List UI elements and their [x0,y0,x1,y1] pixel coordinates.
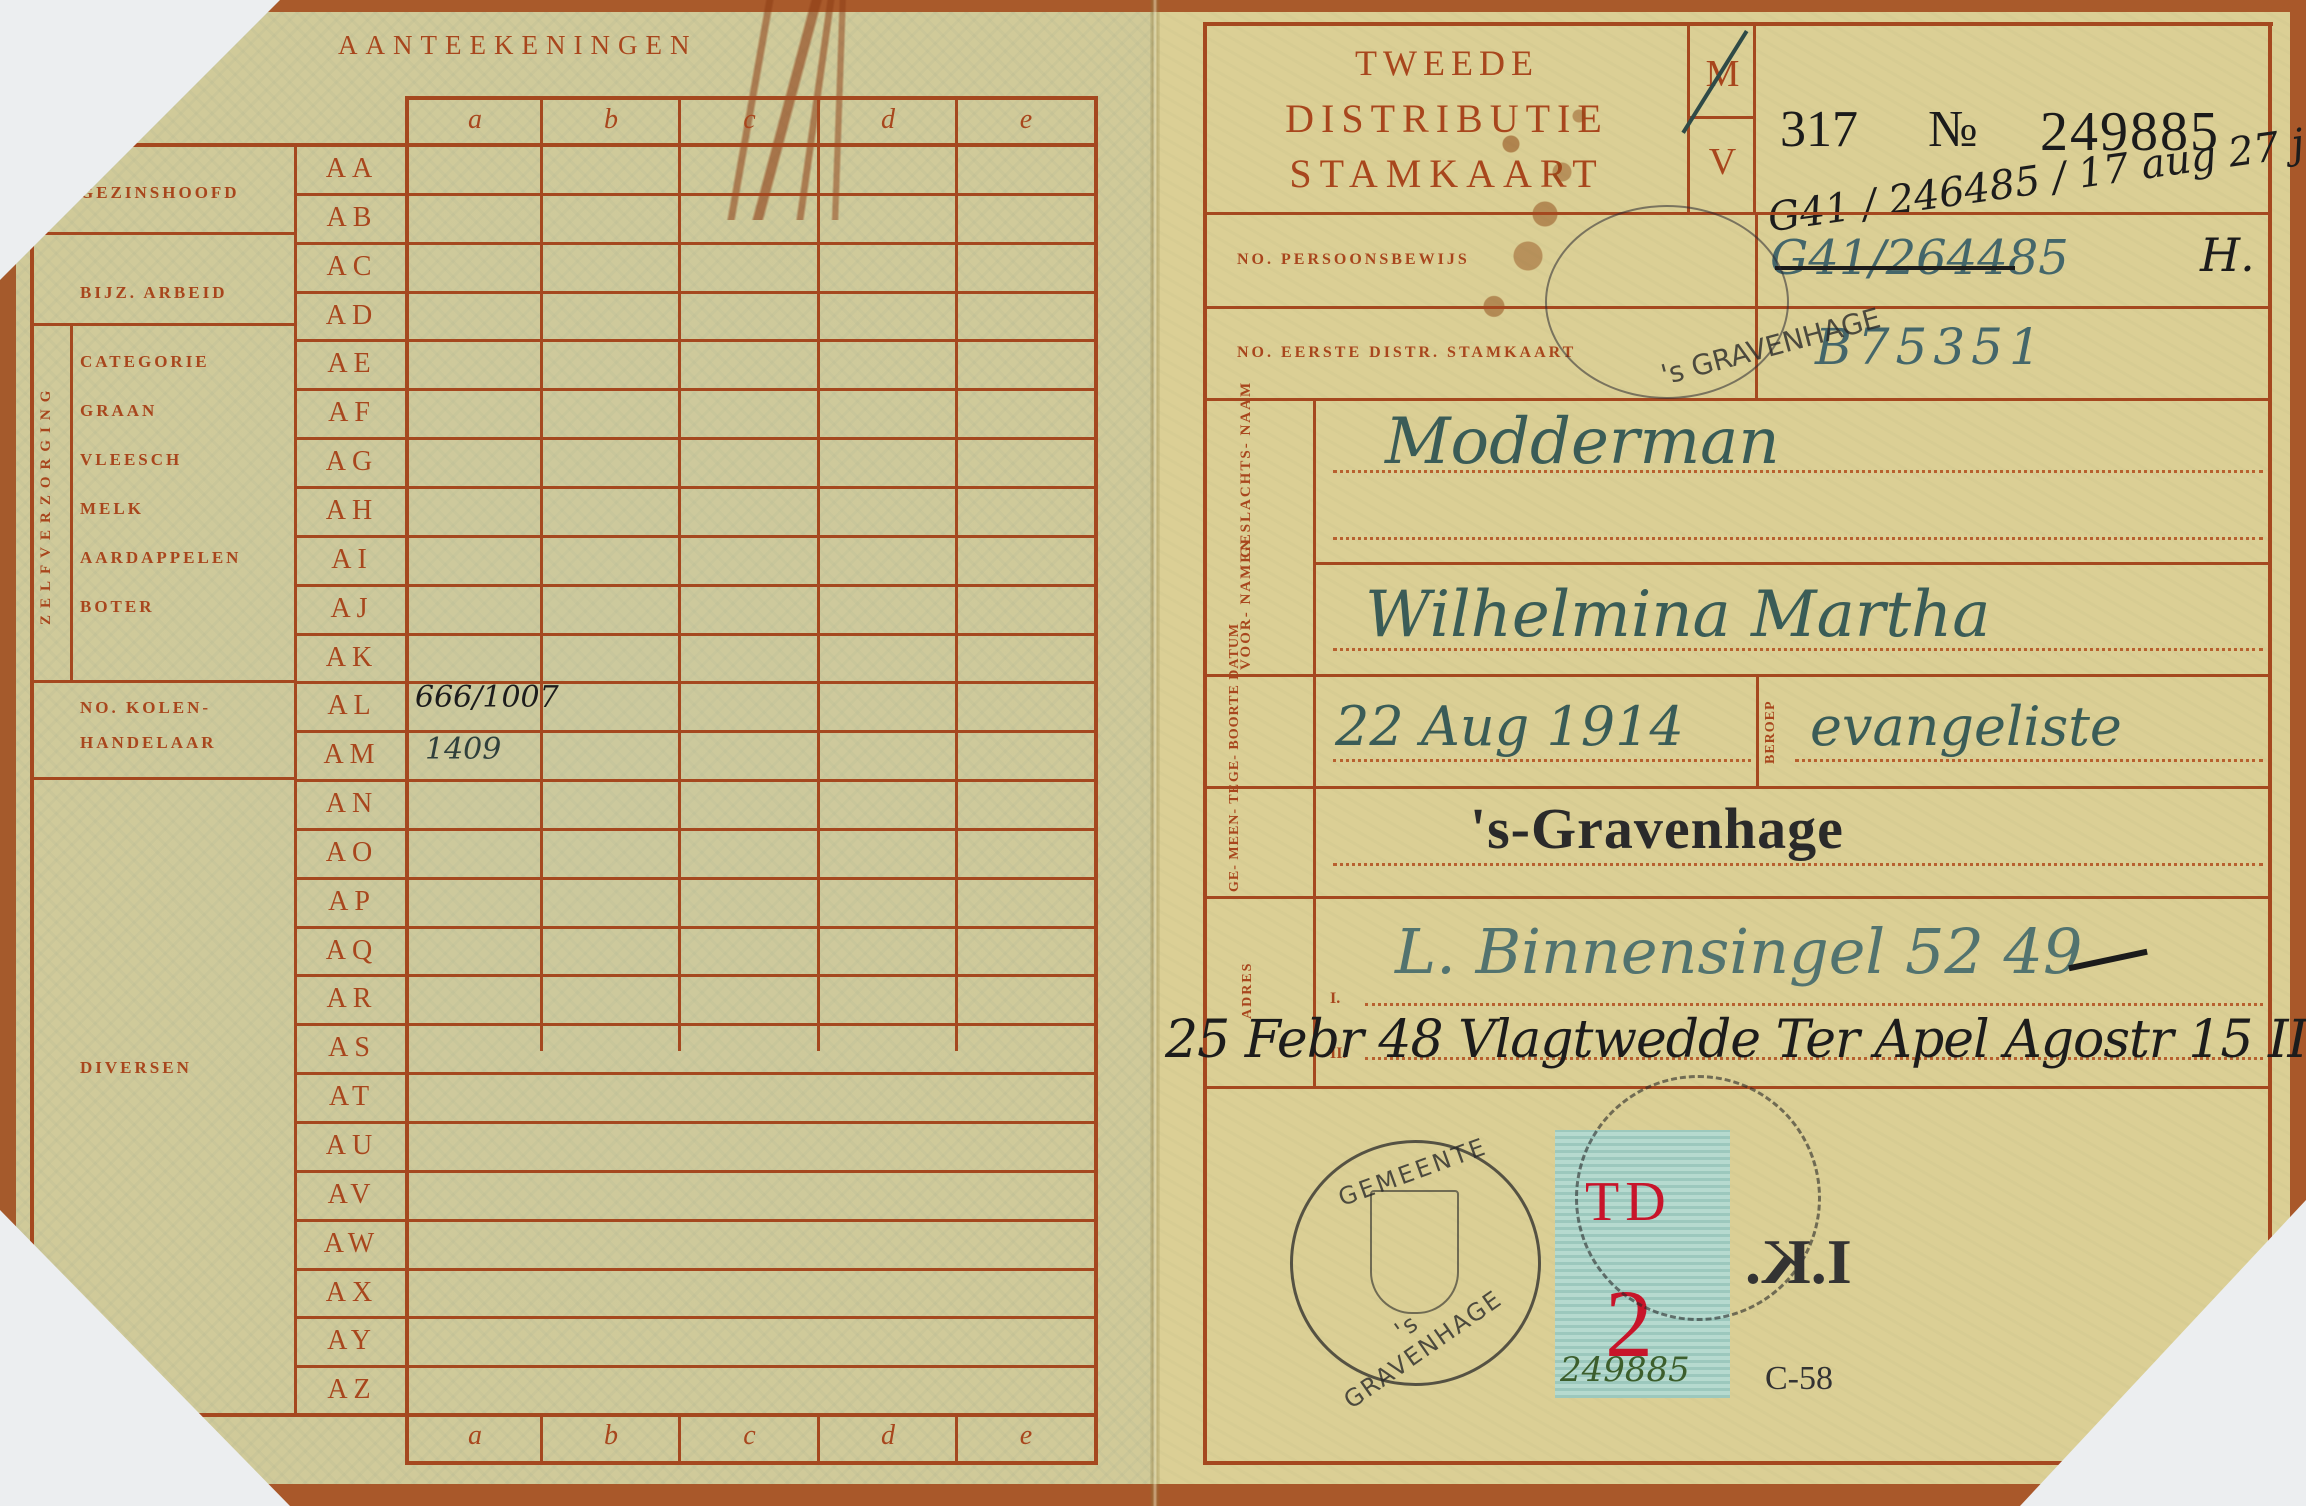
table-row-line [294,633,1098,636]
table-row-line [294,1121,1098,1124]
sex-m-box: M [1690,52,1755,96]
table-col-line [678,96,681,1051]
table-row-line [294,730,1098,733]
value-persoonsbewijs: G41/264485 [1770,230,2069,286]
footer-header-a: a [408,1420,542,1452]
serial-prefix: 317 [1780,100,1858,159]
group-divider [30,777,296,780]
dotted-line [1795,759,2263,762]
table-row-line [294,1268,1098,1271]
table-row-line [294,193,1098,196]
row-code: AP [296,886,408,918]
table-row-line [294,1072,1098,1075]
table-row-line [294,779,1098,782]
table-row-line [294,974,1098,977]
label-geboortedatum: GE- BOORTE DATUM [1222,682,1302,782]
column-header-a: a [408,104,542,136]
row-code: AV [296,1179,408,1211]
row-code: AS [296,1032,408,1064]
row-divider [1203,398,2272,401]
column-header-d: d [819,104,957,136]
label-persoonsbewijs: NO. PERSOONSBEWIJS [1237,251,1470,269]
label-beroep: BEROEP [1763,682,1787,782]
row-code: AF [296,397,408,429]
row-code: AG [296,446,408,478]
label-categorie: CATEGORIE [80,352,210,372]
persoonsbewijs-strike [1775,266,2015,270]
row-code: AT [296,1081,408,1113]
table-row-line [294,486,1098,489]
value-adres-2: 25 Febr 48 Vlagtwedde Ter Apel Agostr 15… [1165,1010,2306,1070]
footer-header-e: e [957,1420,1095,1452]
table-row-line [294,1219,1098,1222]
row-divider [1203,896,2272,899]
row-code: AY [296,1325,408,1357]
handwritten-am-a: 1409 [425,732,501,767]
label-geslachtsnaam: GESLACHTS- NAAM [1228,408,1298,558]
code-mark: C-58 [1765,1360,1833,1398]
row-code: AE [296,348,408,380]
footer-header-b: b [542,1420,680,1452]
label-zelfverzorging: ZELFVERZORGING [38,330,68,678]
column-header-b: b [542,104,680,136]
table-row-line [294,1316,1098,1319]
group-divider [30,232,296,235]
label-bijz-arbeid: BIJZ. ARBEID [80,283,227,303]
footer-bottom-border [405,1461,1098,1465]
label-aardappelen: AARDAPPELEN [80,548,241,568]
table-row-line [294,388,1098,391]
sex-v-box: V [1690,140,1755,184]
label-vleesch: VLEESCH [80,450,182,470]
table-row-line [294,877,1098,880]
table-header-bottom-border [24,143,1098,147]
center-fold [1150,0,1160,1506]
group-divider [30,323,296,326]
label-kolen-line1: NO. KOLEN- [80,698,211,718]
label-col-divider [1313,400,1316,1087]
footer-header-d: d [819,1420,957,1452]
row-code: AX [296,1277,408,1309]
row-divider [1203,674,2272,677]
zelfverzorging-border [70,325,73,682]
value-geslachtsnaam: Modderman [1385,405,1780,479]
left-page [0,0,1155,1506]
table-row-line [294,339,1098,342]
table-row-line [294,926,1098,929]
row-code: AN [296,788,408,820]
row-code: AH [296,495,408,527]
label-gezinshoofd: GEZINSHOOFD [80,183,240,203]
row-code: AJ [296,593,408,625]
row-code: AB [296,202,408,234]
group-divider [30,680,296,683]
annotations-title: AANTEEKENINGEN [338,30,697,61]
ik-mark: I.K. [1745,1225,1852,1299]
row-code: AZ [296,1374,408,1406]
value-voornamen: Wilhelmina Martha [1365,578,1990,652]
table-col-line [817,96,820,1051]
group-outer-border [30,234,34,1415]
table-row-line [294,535,1098,538]
table-row-line [294,584,1098,587]
row-code: AL [296,690,408,722]
handwritten-al-a: 666/1007 [415,680,559,715]
table-row-line [294,828,1098,831]
column-header-e: e [957,104,1095,136]
row-code: AU [296,1130,408,1162]
right-box-left [1203,22,1207,1465]
adres-line1-prefix: I. [1330,990,1340,1008]
sex-box-divider [1690,116,1755,119]
table-row-line [294,1023,1098,1026]
row-divider [1203,212,2272,215]
dotted-line [1333,537,2263,540]
coat-of-arms-icon [1370,1190,1459,1314]
row-code: AC [296,251,408,283]
row-code: AI [296,544,408,576]
label-melk: MELK [80,499,144,519]
label-kolen-line2: HANDELAAR [80,733,217,753]
right-box-top [1203,22,2273,26]
serial-no-sign: № [1928,100,1978,159]
row-code: AM [296,739,408,771]
revenue-stamp-handwriting: 249885 [1560,1350,1690,1390]
label-gemeente: GE- MEEN- TE [1222,792,1302,892]
label-boter: BOTER [80,597,155,617]
label-eerste-stamkaart: NO. EERSTE DISTR. STAMKAART [1237,344,1576,362]
table-top-border [405,96,1098,100]
table-col-line [540,96,543,1051]
dotted-line [1365,1003,2263,1006]
table-row-line [294,291,1098,294]
row-code: AW [296,1228,408,1260]
row-divider [1203,786,2272,789]
row-code: AQ [296,935,408,967]
label-graan: GRAAN [80,401,157,421]
value-persoonsbewijs-initial: H. [2200,228,2255,282]
row-code: AR [296,983,408,1015]
row-code: AD [296,300,408,332]
column-header-c: c [680,104,819,136]
footer-header-c: c [680,1420,819,1452]
value-geboortedatum: 22 Aug 1914 [1335,695,1684,758]
table-col-line [955,96,958,1051]
row-code: AO [296,837,408,869]
row-code: AA [296,153,408,185]
value-adres-1: L. Binnensingel 52 49 [1395,915,2082,988]
ration-card: AANTEEKENINGEN a b c d e a b c d e AAABA… [0,0,2306,1506]
table-row-line [294,437,1098,440]
table-row-line [294,242,1098,245]
dotted-line [1333,759,1751,762]
row-code: AK [296,642,408,674]
table-row-line [294,1365,1098,1368]
value-gemeente: 's-Gravenhage [1470,795,1844,862]
value-beroep: evangeliste [1810,695,2122,758]
row-divider [1313,562,2272,565]
dotted-line [1333,863,2263,866]
label-diversen: DIVERSEN [80,1058,192,1078]
table-row-line [294,1170,1098,1173]
beroep-divider [1756,676,1759,787]
